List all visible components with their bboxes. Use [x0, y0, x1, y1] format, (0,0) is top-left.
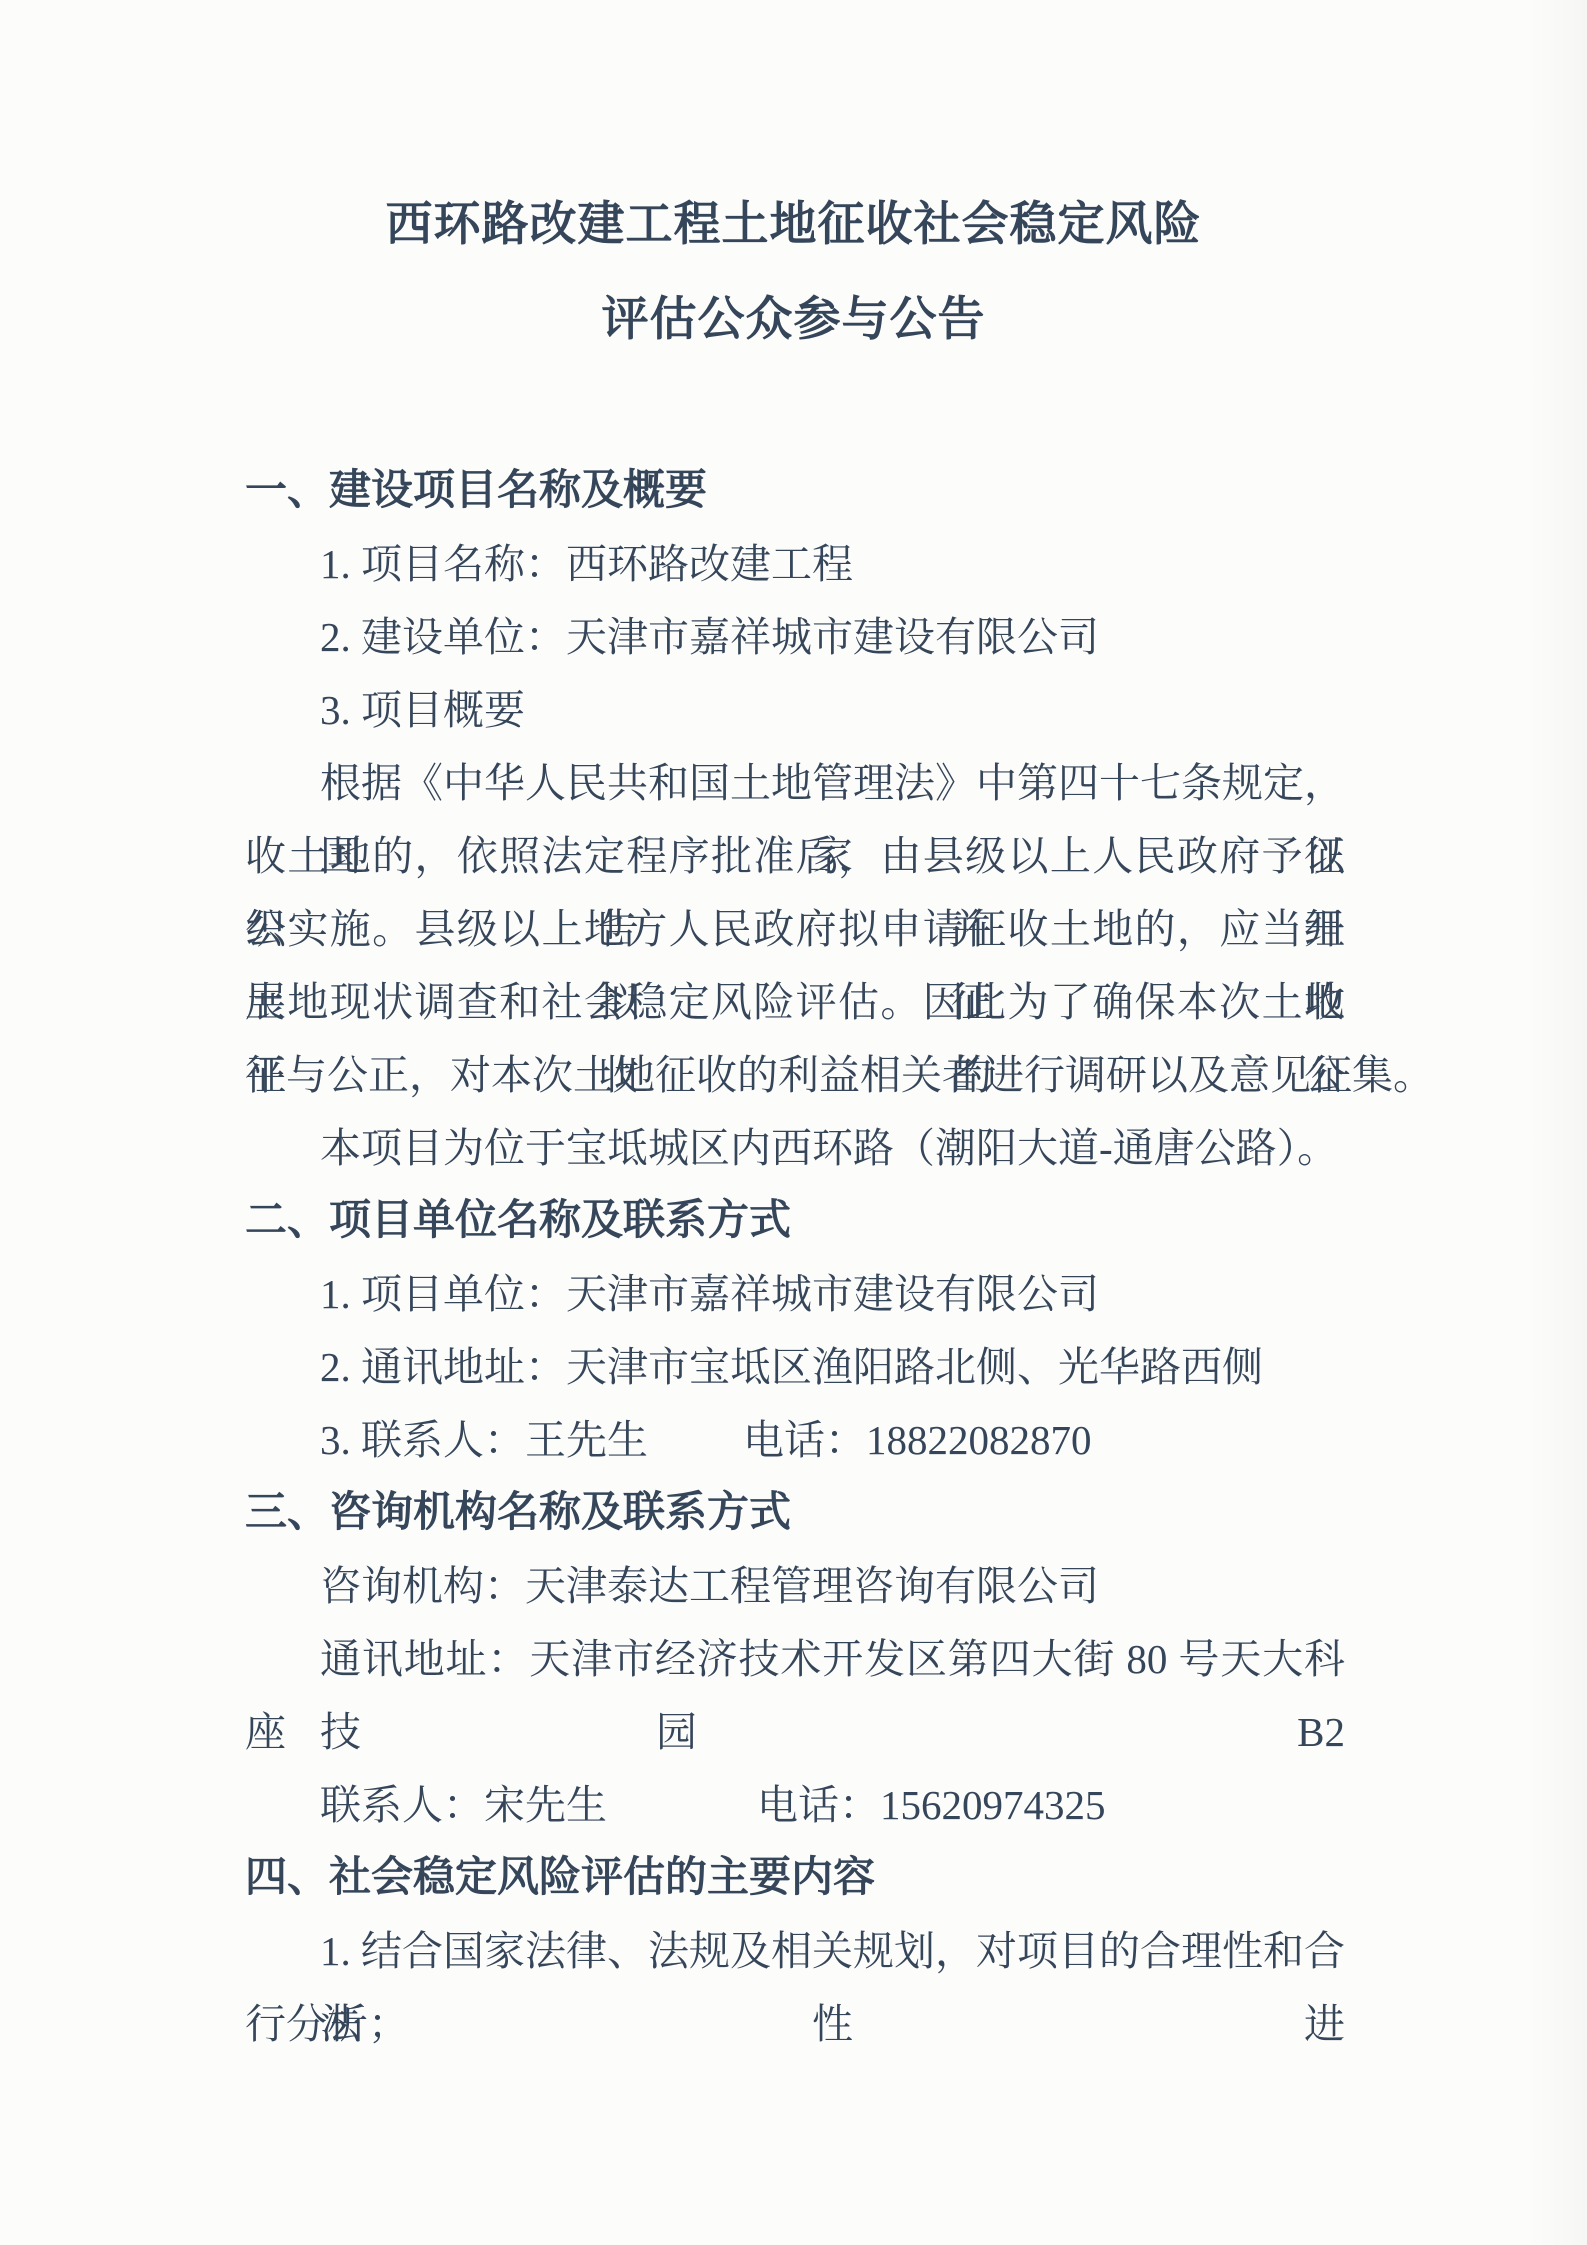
- document-title-line-2: 评估公众参与公告: [0, 290, 1587, 350]
- section-1-paragraph-line: 平与公正，对本次土地征收的利益相关者进行调研以及意见征集。: [245, 1039, 1345, 1112]
- section-1-item-project-name: 1. 项目名称：西环路改建工程: [245, 528, 1345, 601]
- section-2-item-address: 2. 通讯地址：天津市宝坻区渔阳路北侧、光华路西侧: [245, 1331, 1345, 1404]
- section-2-contact-phone: 电话：18822082870: [743, 1417, 1092, 1463]
- document-title-line-1: 西环路改建工程土地征收社会稳定风险: [0, 195, 1587, 255]
- section-1-paragraph-line: 织实施。县级以上地方人民政府拟申请征收土地的，应当开展拟征收: [245, 893, 1345, 966]
- section-3-heading: 三、咨询机构名称及联系方式: [245, 1477, 1345, 1550]
- section-1-item-project-summary: 3. 项目概要: [245, 674, 1345, 747]
- section-1-paragraph-line: 根据《中华人民共和国土地管理法》中第四十七条规定，国家征: [245, 747, 1345, 820]
- section-2-contact-line: 3. 联系人：王先生电话：18822082870: [245, 1404, 1345, 1477]
- section-1-paragraph-line: 收土地的，依照法定程序批准后，由县级以上人民政府予以公告并组: [245, 820, 1345, 893]
- section-2-heading: 二、项目单位名称及联系方式: [245, 1185, 1345, 1258]
- section-1-location-line: 本项目为位于宝坻城区内西环路（潮阳大道-通唐公路）。: [245, 1112, 1345, 1185]
- section-2-contact-person: 3. 联系人：王先生: [320, 1417, 648, 1463]
- section-3-agency-line: 咨询机构：天津泰达工程管理咨询有限公司: [245, 1550, 1345, 1623]
- section-3-contact-line: 联系人：宋先生电话：15620974325: [245, 1769, 1345, 1842]
- section-3-address-line: 通讯地址：天津市经济技术开发区第四大街 80 号天大科技园 B2: [245, 1623, 1345, 1696]
- section-1-paragraph-line: 土地现状调查和社会稳定风险评估。因此为了确保本次土地征收的公: [245, 966, 1345, 1039]
- document-body: 一、建设项目名称及概要 1. 项目名称：西环路改建工程 2. 建设单位：天津市嘉…: [245, 455, 1345, 2061]
- section-2-item-project-unit: 1. 项目单位：天津市嘉祥城市建设有限公司: [245, 1258, 1345, 1331]
- section-1-heading: 一、建设项目名称及概要: [245, 455, 1345, 528]
- document-page: 西环路改建工程土地征收社会稳定风险 评估公众参与公告 一、建设项目名称及概要 1…: [0, 0, 1587, 2245]
- section-3-contact-phone: 电话：15620974325: [757, 1782, 1106, 1828]
- document-title: 西环路改建工程土地征收社会稳定风险 评估公众参与公告: [0, 195, 1587, 350]
- section-4-heading: 四、社会稳定风险评估的主要内容: [245, 1842, 1345, 1915]
- section-1-item-construction-unit: 2. 建设单位：天津市嘉祥城市建设有限公司: [245, 601, 1345, 674]
- section-3-contact-person: 联系人：宋先生: [320, 1782, 607, 1828]
- section-4-item-line: 1. 结合国家法律、法规及相关规划，对项目的合理性和合法性进: [245, 1915, 1345, 1988]
